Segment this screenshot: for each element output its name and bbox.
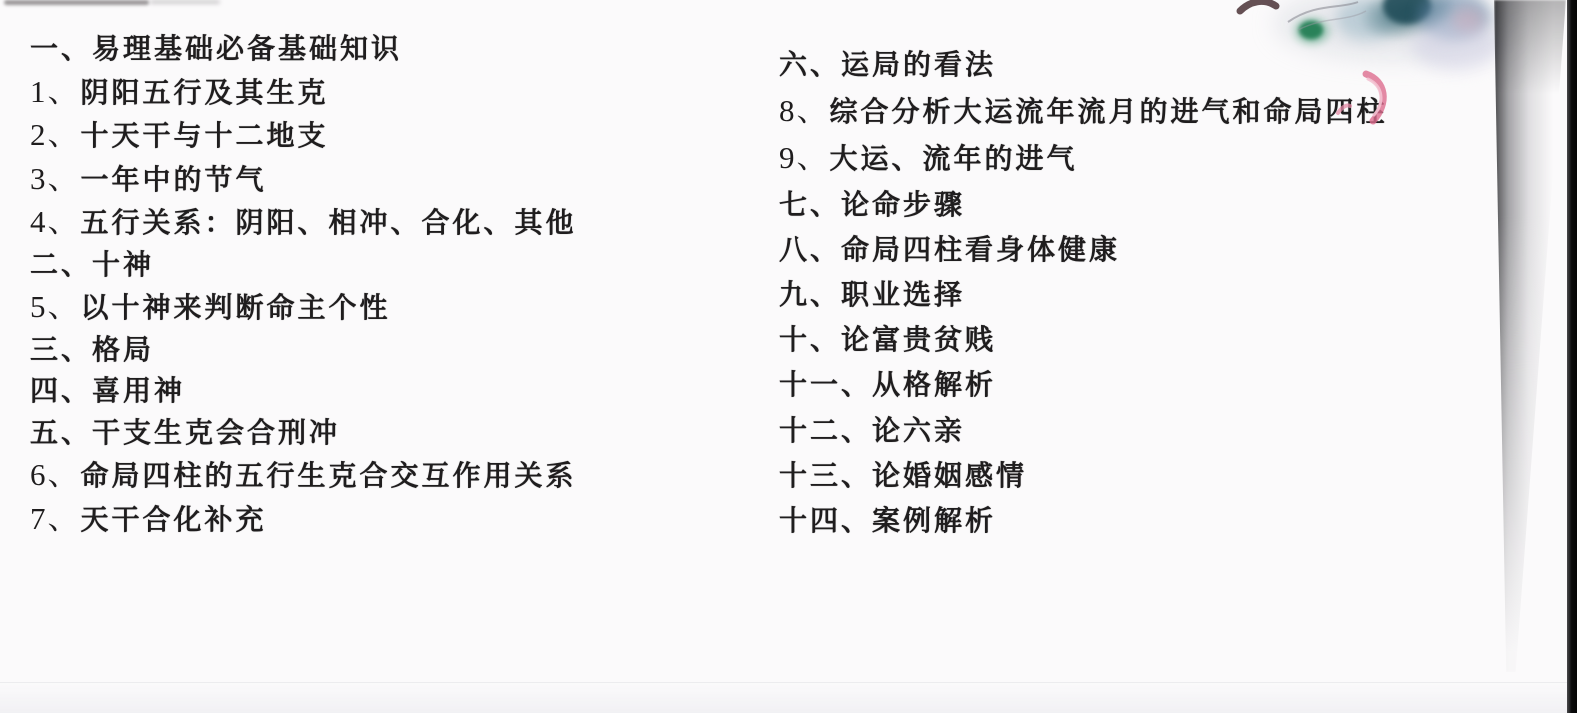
toc-item-text: 大运、流年的进气 [830, 144, 1078, 175]
toc-item: 七、论命步骤 [779, 183, 1388, 228]
toc-item: 4、五行关系：阴阳、相冲、合化、其他 [30, 201, 577, 245]
toc-item-number: 三、 [30, 335, 92, 366]
toc-item: 八、命局四柱看身体健康 [779, 228, 1388, 273]
toc-item: 一、易理基础必备基础知识 [30, 29, 577, 71]
toc-item-number: 四、 [30, 376, 92, 407]
toc-item-text: 综合分析大运流年流月的进气和命局四柱 [830, 97, 1388, 128]
toc-item-text: 从格解析 [872, 370, 996, 401]
toc-item: 九、职业选择 [779, 273, 1388, 318]
toc-item-text: 喜用神 [92, 376, 185, 407]
watercolor-pink-mist [1452, 6, 1484, 32]
toc-item: 2、十天干与十二地支 [30, 114, 577, 158]
toc-item-number: 5、 [30, 289, 81, 324]
watercolor-cyan-wash [1336, 0, 1398, 40]
toc-item: 8、综合分析大运流年流月的进气和命局四柱 [779, 88, 1388, 135]
watercolor-teal-core [1383, 0, 1431, 24]
cropped-text-remnant [4, 0, 149, 5]
toc-item-text: 天干合化补充 [81, 505, 267, 536]
toc-item-number: 二、 [30, 250, 92, 281]
toc-item: 二、十神 [30, 245, 577, 287]
page-fold-shadow [1494, 0, 1566, 672]
toc-item-number: 八、 [779, 235, 841, 266]
toc-item: 3、一年中的节气 [30, 158, 577, 202]
toc-item-text: 易理基础必备基础知识 [92, 34, 402, 65]
toc-item: 三、格局 [30, 330, 577, 372]
watercolor-blue-wash [1418, 0, 1490, 40]
toc-item-text: 格局 [92, 335, 154, 366]
toc-item-number: 2、 [30, 117, 81, 152]
toc-item-number: 六、 [779, 50, 841, 81]
toc-item-number: 1、 [30, 74, 81, 109]
toc-item-text: 论婚姻感情 [872, 461, 1027, 492]
toc-item: 四、喜用神 [30, 371, 577, 413]
toc-item-text: 十神 [92, 250, 154, 281]
toc-right-column: 六、运局的看法 8、综合分析大运流年流月的进气和命局四柱 9、大运、流年的进气 … [779, 43, 1388, 544]
watercolor-lavender-wash [1412, 20, 1500, 70]
toc-left-column: 一、易理基础必备基础知识 1、阴阳五行及其生克 2、十天干与十二地支 3、一年中… [30, 29, 577, 541]
toc-item-number: 十一、 [779, 370, 872, 401]
toc-item-number: 十二、 [779, 416, 872, 447]
toc-item-number: 4、 [30, 204, 81, 239]
toc-item: 五、干支生克会合刑冲 [30, 413, 577, 455]
toc-item-text: 五行关系：阴阳、相冲、合化、其他 [81, 208, 577, 239]
toc-item-number: 8、 [779, 93, 830, 128]
toc-item-text: 以十神来判断命主个性 [81, 293, 391, 324]
toc-item: 六、运局的看法 [779, 43, 1388, 88]
toc-item-text: 命局四柱的五行生克合交互作用关系 [81, 461, 577, 492]
toc-item: 6、命局四柱的五行生克合交互作用关系 [30, 454, 577, 498]
toc-item-text: 案例解析 [872, 506, 996, 537]
slide: 一、易理基础必备基础知识 1、阴阳五行及其生克 2、十天干与十二地支 3、一年中… [0, 0, 1577, 713]
toc-item-number: 十、 [779, 325, 841, 356]
toc-item-number: 五、 [30, 418, 92, 449]
screen-right-edge [1567, 0, 1577, 713]
toc-item-number: 6、 [30, 457, 81, 492]
toc-item: 十一、从格解析 [779, 363, 1388, 408]
toc-item-text: 干支生克会合刑冲 [92, 418, 340, 449]
bottom-vignette [0, 682, 1567, 713]
toc-item: 十二、论六亲 [779, 409, 1388, 454]
toc-item: 5、以十神来判断命主个性 [30, 286, 577, 330]
toc-item-text: 论六亲 [872, 416, 965, 447]
toc-item-text: 职业选择 [841, 280, 965, 311]
toc-item-text: 阴阳五行及其生克 [81, 78, 329, 109]
toc-item: 十、论富贵贫贱 [779, 318, 1388, 363]
toc-item-number: 十四、 [779, 506, 872, 537]
toc-item-number: 九、 [779, 280, 841, 311]
toc-item-number: 3、 [30, 161, 81, 196]
toc-item-number: 9、 [779, 140, 830, 175]
toc-item-number: 七、 [779, 190, 841, 221]
toc-item-text: 论命步骤 [841, 190, 965, 221]
toc-item-text: 论富贵贫贱 [841, 325, 996, 356]
toc-item-number: 一、 [30, 34, 92, 65]
toc-item-number: 十三、 [779, 461, 872, 492]
toc-item-text: 命局四柱看身体健康 [841, 235, 1120, 266]
toc-item: 十三、论婚姻感情 [779, 454, 1388, 499]
toc-item-text: 十天干与十二地支 [81, 121, 329, 152]
toc-item-text: 一年中的节气 [81, 165, 267, 196]
cropped-text-remnant [150, 0, 220, 4]
toc-item: 十四、案例解析 [779, 499, 1388, 544]
toc-item-number: 7、 [30, 501, 81, 536]
watercolor-green-core [1299, 21, 1323, 39]
toc-item: 9、大运、流年的进气 [779, 135, 1388, 182]
toc-item: 7、天干合化补充 [30, 498, 577, 542]
toc-item: 1、阴阳五行及其生克 [30, 71, 577, 115]
toc-item-text: 运局的看法 [841, 50, 996, 81]
